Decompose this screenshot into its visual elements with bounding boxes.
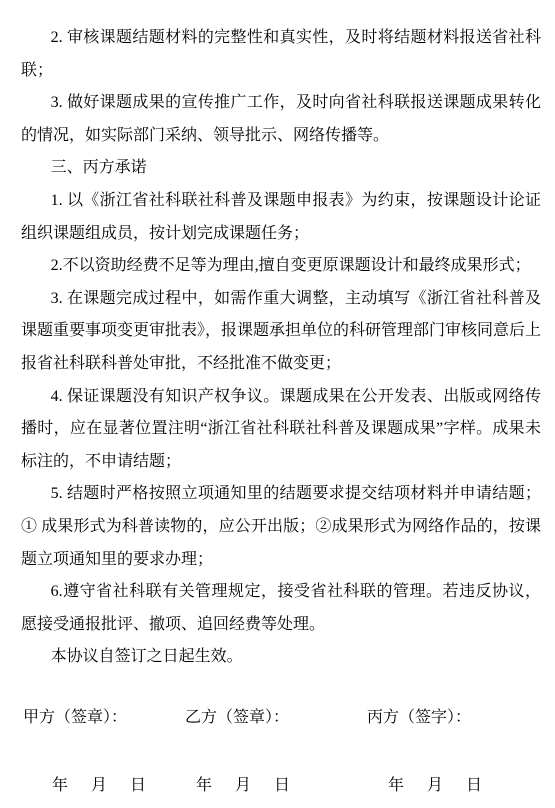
- year-label: 年: [196, 772, 212, 795]
- date-line-party-c: 年 月 日: [388, 772, 482, 795]
- signature-row: 甲方（签章）： 乙方（签章）： 丙方（签字）：: [0, 704, 555, 730]
- para-commitment-3: 3. 在课题完成过程中，如需作重大调整，主动填写《浙江省社科普及课题重要事项变更…: [21, 283, 541, 381]
- para-commitment-2: 2.不以资助经费不足等为理由,擅自变更原课题设计和最终成果形式；: [21, 250, 541, 283]
- para-effective-date: 本协议自签订之日起生效。: [21, 641, 541, 674]
- para-promote-results: 3. 做好课题成果的宣传推广工作，及时向省社科联报送课题成果转化的情况，如实际部…: [21, 87, 541, 152]
- year-label: 年: [52, 772, 68, 795]
- year-label: 年: [388, 772, 404, 795]
- party-a-signature-label: 甲方（签章）：: [23, 704, 127, 727]
- month-label: 月: [91, 772, 107, 795]
- date-row: 年 月 日 年 月 日 年 月 日: [0, 772, 555, 798]
- party-c-signature-label: 丙方（签字）：: [367, 704, 471, 727]
- party-b-signature-label: 乙方（签章）：: [185, 704, 289, 727]
- agreement-document-page: 2. 审核课题结题材料的完整性和真实性，及时将结题材料报送省社科联； 3. 做好…: [0, 0, 555, 808]
- month-label: 月: [427, 772, 443, 795]
- para-review-materials: 2. 审核课题结题材料的完整性和真实性，及时将结题材料报送省社科联；: [21, 22, 541, 87]
- day-label: 日: [274, 772, 290, 795]
- day-label: 日: [466, 772, 482, 795]
- para-commitment-1: 1. 以《浙江省社科联社科普及课题申报表》为约束，按课题设计论证组织课题组成员，…: [21, 185, 541, 250]
- para-commitment-4: 4. 保证课题没有知识产权争议。课题成果在公开发表、出版或网络传播时，应在显著位…: [21, 381, 541, 479]
- body-text: 2. 审核课题结题材料的完整性和真实性，及时将结题材料报送省社科联； 3. 做好…: [21, 22, 541, 674]
- para-commitment-6: 6.遵守省社科联有关管理规定，接受省社科联的管理。若违反协议，愿接受通报批评、撤…: [21, 576, 541, 641]
- date-line-party-b: 年 月 日: [196, 772, 290, 795]
- day-label: 日: [130, 772, 146, 795]
- date-line-party-a: 年 月 日: [52, 772, 146, 795]
- para-commitment-5: 5. 结题时严格按照立项通知里的结题要求提交结项材料并申请结题；① 成果形式为科…: [21, 478, 541, 576]
- heading-party-c-commitments: 三、丙方承诺: [21, 152, 541, 185]
- month-label: 月: [235, 772, 251, 795]
